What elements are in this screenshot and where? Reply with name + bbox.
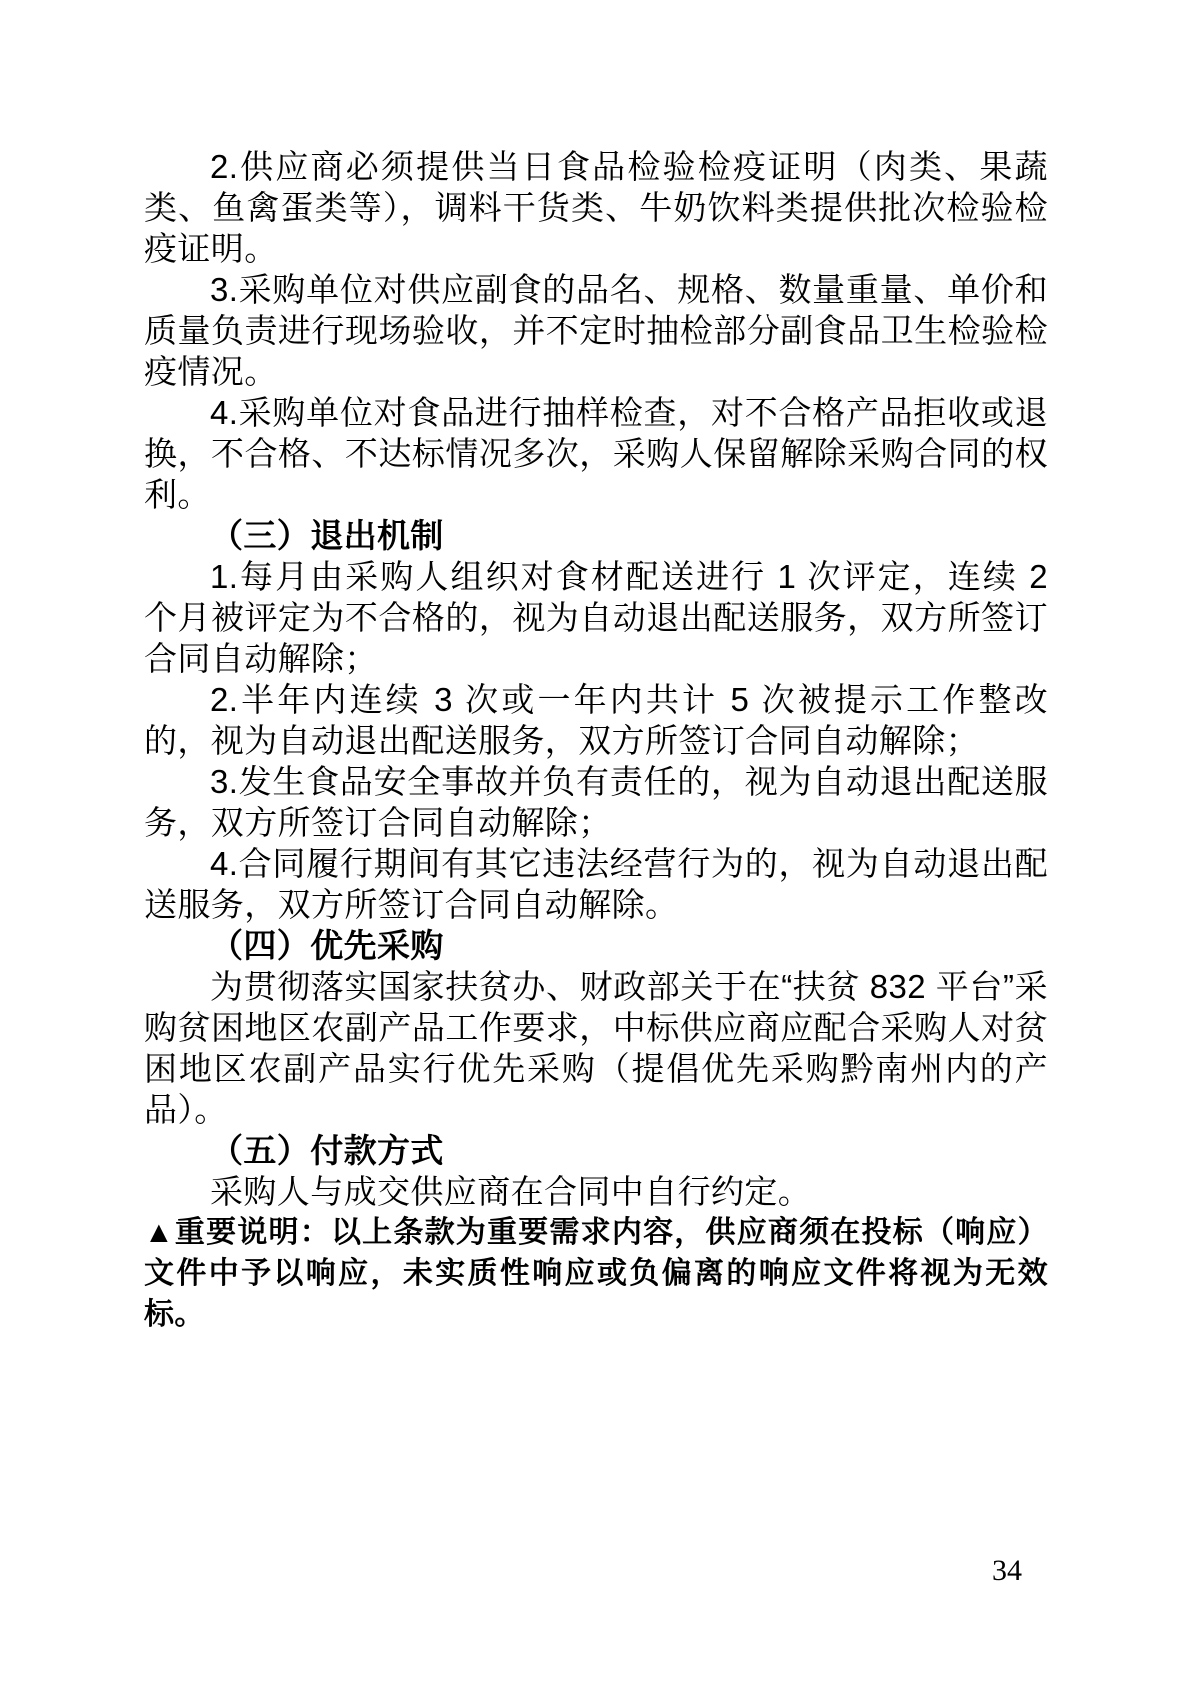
document-page: 2.供应商必须提供当日食品检验检疫证明（肉类、果蔬类、鱼禽蛋类等），调料干货类、… xyxy=(0,0,1190,1682)
section-heading: （三）退出机制 xyxy=(144,515,1048,556)
paragraph: 为贯彻落实国家扶贫办、财政部关于在“扶贫 832 平台”采购贫困地区农副产品工作… xyxy=(144,966,1048,1130)
paragraph: 1.每月由采购人组织对食材配送进行 1 次评定，连续 2 个月被评定为不合格的，… xyxy=(144,556,1048,679)
page-number: 34 xyxy=(992,1554,1022,1588)
paragraph: 2.供应商必须提供当日食品检验检疫证明（肉类、果蔬类、鱼禽蛋类等），调料干货类、… xyxy=(144,146,1048,269)
paragraph: 3.采购单位对供应副食的品名、规格、数量重量、单价和质量负责进行现场验收，并不定… xyxy=(144,269,1048,392)
paragraph: 2.半年内连续 3 次或一年内共计 5 次被提示工作整改的，视为自动退出配送服务… xyxy=(144,679,1048,761)
document-body: 2.供应商必须提供当日食品检验检疫证明（肉类、果蔬类、鱼禽蛋类等），调料干货类、… xyxy=(144,146,1048,1335)
paragraph: 采购人与成交供应商在合同中自行约定。 xyxy=(144,1171,1048,1212)
paragraph: 4.合同履行期间有其它违法经营行为的，视为自动退出配送服务，双方所签订合同自动解… xyxy=(144,843,1048,925)
important-note: ▲重要说明：以上条款为重要需求内容，供应商须在投标（响应）文件中予以响应，未实质… xyxy=(144,1212,1048,1335)
paragraph: 3.发生食品安全事故并负有责任的，视为自动退出配送服务，双方所签订合同自动解除； xyxy=(144,761,1048,843)
paragraph: 4.采购单位对食品进行抽样检查，对不合格产品拒收或退换，不合格、不达标情况多次，… xyxy=(144,392,1048,515)
section-heading: （四）优先采购 xyxy=(144,925,1048,966)
section-heading: （五）付款方式 xyxy=(144,1130,1048,1171)
